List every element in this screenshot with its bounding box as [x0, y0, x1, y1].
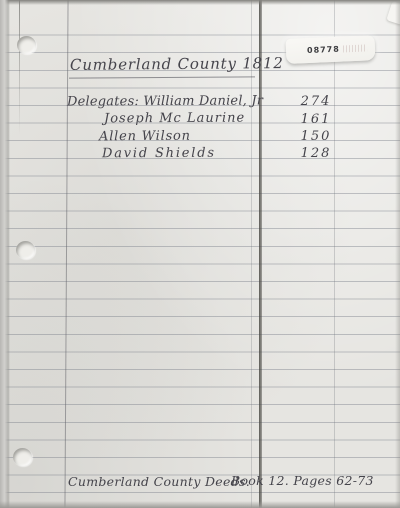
delegate-name: David Shields [102, 147, 216, 161]
footer-reference: Book 12. Pages 62-73 [231, 475, 374, 488]
barcode-sticker: 08778 [285, 35, 375, 64]
barcode-icon [343, 44, 367, 52]
vote-count: 274 [287, 95, 345, 108]
delegate-name: Delegates: William Daniel, Jr [67, 94, 263, 108]
vote-count: 128 [287, 147, 345, 160]
punch-hole-top [17, 36, 36, 54]
scan-edge-left [0, 0, 10, 508]
column-rule-right [334, 0, 335, 508]
scanned-ledger-page: 08778 Cumberland County 1812 Delegates: … [0, 0, 400, 508]
delegate-name: Joseph Mc Laurine [104, 112, 245, 126]
footer-source: Cumberland County Deeds. [68, 476, 250, 489]
scan-edge-bottom [0, 501, 400, 508]
scan-edge-right [395, 0, 400, 508]
ruled-lines [3, 18, 400, 494]
sticker-number: 08778 [307, 45, 340, 55]
punch-hole-bottom [13, 448, 32, 466]
vote-count: 161 [287, 113, 345, 126]
punch-hole-middle [16, 241, 35, 259]
vote-count: 150 [287, 130, 345, 143]
page-title: Cumberland County 1812 [70, 56, 284, 73]
scan-edge-top [0, 0, 400, 5]
delegate-name: Allen Wilson [99, 130, 191, 144]
underlying-page-edge [19, 0, 20, 135]
center-divider-line [259, 0, 262, 508]
